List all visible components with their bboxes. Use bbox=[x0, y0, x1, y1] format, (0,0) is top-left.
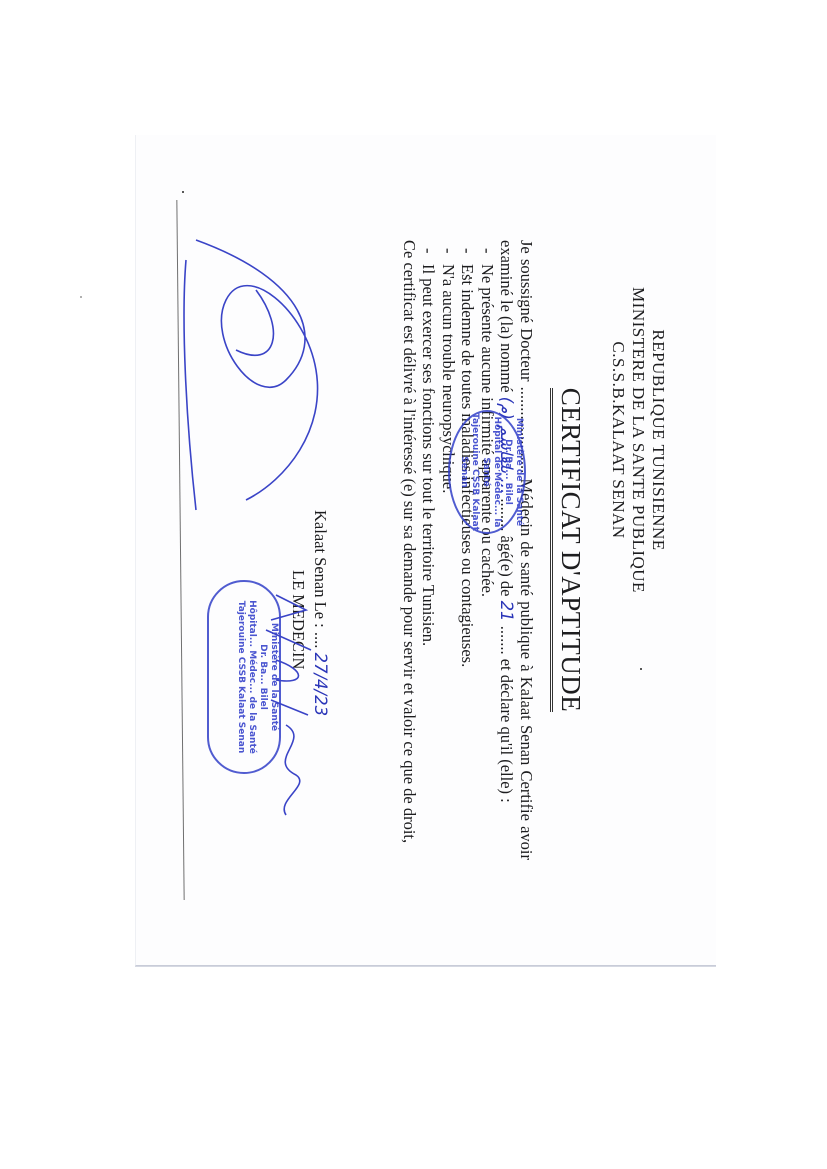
age-label: âgé(e) de bbox=[498, 536, 517, 597]
scanned-paper: REPUBLIQUE TUNISIENNE MINISTERE DE LA SA… bbox=[135, 135, 716, 966]
declaration-item: N'a aucun trouble neuropsychique. bbox=[439, 248, 459, 860]
declaration-list: Ne présente aucune infirmité apparente o… bbox=[419, 240, 497, 860]
certificate-body: Je soussigné Docteur ...................… bbox=[400, 240, 537, 860]
document-title: CERTIFICAT D'APTITUDE bbox=[550, 388, 586, 713]
intro-end: et déclare qu'il (elle) : bbox=[498, 659, 517, 803]
official-stamp: Ministère de la Santé Dr. Ba... Bilel Hô… bbox=[448, 410, 526, 534]
scan-speck bbox=[470, 277, 472, 279]
intro-paragraph: Je soussigné Docteur ...................… bbox=[497, 240, 536, 860]
scan-speck bbox=[640, 668, 642, 670]
header-center: C.S.S.B.KALAAT SENAN bbox=[608, 260, 628, 620]
conclusion-paragraph: Ce certificat est délivré à l'intéressé … bbox=[400, 240, 420, 860]
header-ministry: MINISTERE DE LA SANTE PUBLIQUE bbox=[628, 260, 648, 620]
declaration-item: Ne présente aucune infirmité apparente o… bbox=[478, 248, 498, 860]
scan-speck bbox=[80, 296, 82, 298]
letterhead: REPUBLIQUE TUNISIENNE MINISTERE DE LA SA… bbox=[608, 260, 668, 620]
scan-speck bbox=[182, 191, 184, 193]
certificate-sheet: REPUBLIQUE TUNISIENNE MINISTERE DE LA SA… bbox=[176, 200, 676, 900]
declaration-item: Il peut exercer ses fonctions sur tout l… bbox=[419, 248, 439, 860]
header-republic: REPUBLIQUE TUNISIENNE bbox=[648, 260, 668, 620]
handwritten-age: 21 bbox=[498, 601, 517, 622]
title-wrap: CERTIFICAT D'APTITUDE bbox=[550, 200, 586, 900]
date-signature-icon bbox=[256, 590, 316, 820]
signature-scribble-icon bbox=[176, 220, 346, 520]
declaration-item: Est indemne de toutes maladies infectieu… bbox=[458, 248, 478, 860]
